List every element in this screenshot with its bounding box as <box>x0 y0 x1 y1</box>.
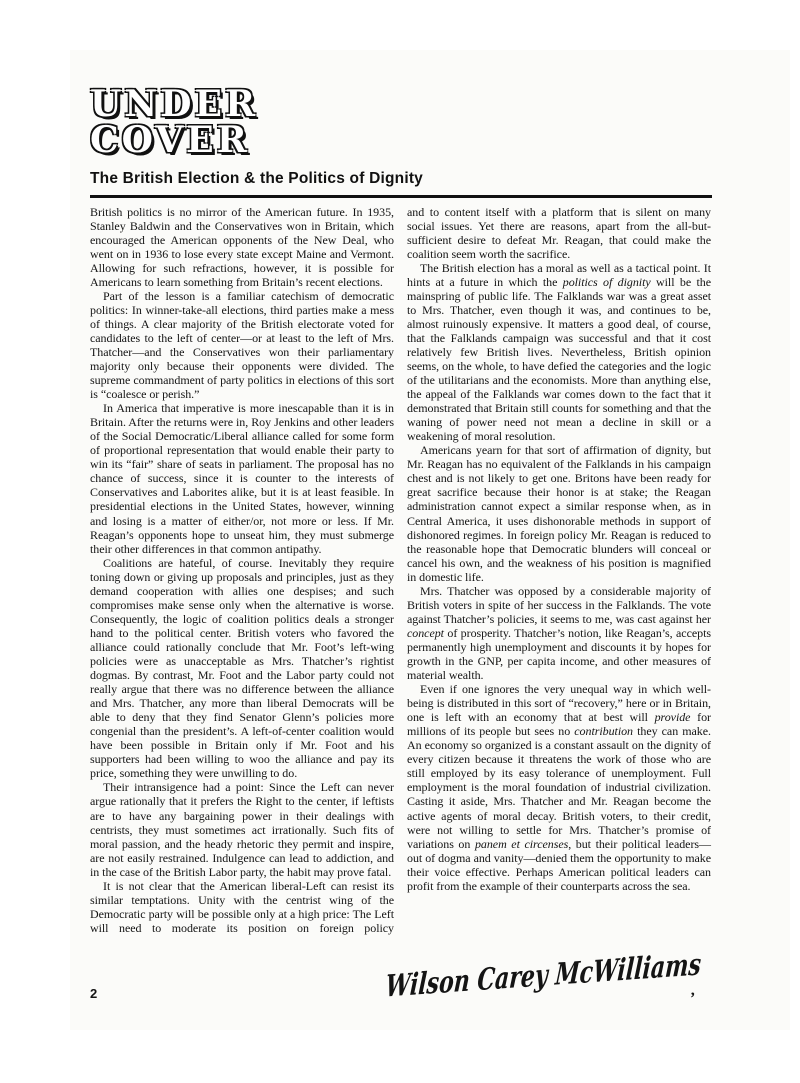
paragraph: Part of the lesson is a familiar catechi… <box>90 289 394 401</box>
masthead-line-1: UNDER <box>90 86 712 122</box>
article-body: British politics is no mirror of the Ame… <box>90 205 712 935</box>
paragraph: It is not clear that the American libera… <box>90 879 394 935</box>
paragraph: British politics is no mirror of the Ame… <box>90 205 394 289</box>
left-column: British politics is no mirror of the Ame… <box>90 205 394 935</box>
title-rule <box>90 195 712 198</box>
magazine-page: UNDER COVER The British Election & the P… <box>70 50 790 1030</box>
masthead-logo: UNDER COVER <box>90 86 712 158</box>
paragraph: The British election has a moral as well… <box>407 261 711 444</box>
signature-image: Wilson Carey McWilliams <box>382 943 718 1013</box>
paragraph: Mrs. Thatcher was opposed by a considera… <box>407 584 711 682</box>
paragraph: Coalitions are hateful, of course. Inevi… <box>90 556 394 781</box>
masthead-line-2: COVER <box>90 122 712 158</box>
signature-apostrophe-mark: ’ <box>690 990 695 1008</box>
article-title: The British Election & the Politics of D… <box>90 170 712 188</box>
paragraph: Even if one ignores the very unequal way… <box>407 682 711 893</box>
paragraph: and to content itself with a platform th… <box>407 205 711 261</box>
signature-text: Wilson Carey McWilliams <box>384 947 702 1004</box>
right-column: and to content itself with a platform th… <box>407 205 711 935</box>
paragraph: In America that imperative is more inesc… <box>90 401 394 556</box>
page-number: 2 <box>90 986 97 1001</box>
author-signature: Wilson Carey McWilliams <box>382 943 718 1013</box>
paragraph: Americans yearn for that sort of affirma… <box>407 443 711 583</box>
paragraph: Their intransigence had a point: Since t… <box>90 780 394 878</box>
page-content: UNDER COVER The British Election & the P… <box>90 86 712 935</box>
